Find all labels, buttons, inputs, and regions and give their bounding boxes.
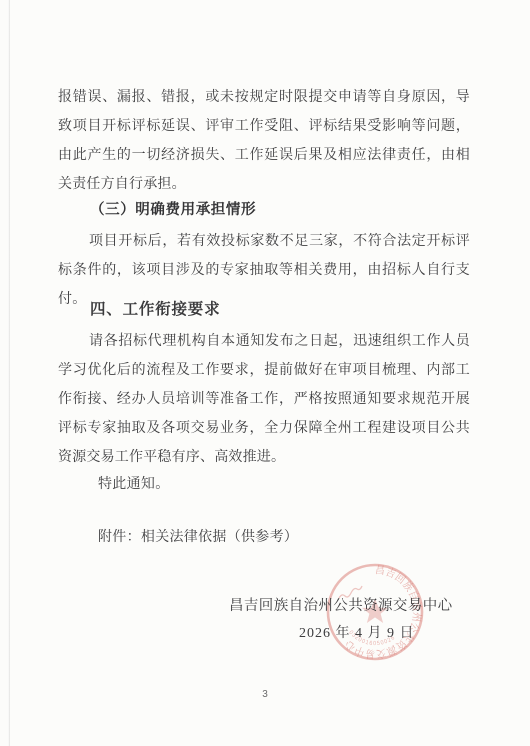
section-4-heading: 四、工作衔接要求 — [58, 295, 502, 324]
body-text-line: 致项目开标评标延误、评审工作受阻、评标结果受影响等问题， — [58, 112, 470, 141]
paragraph-continuation: 报错误、漏报、错报，或未按规定时限提交申请等自身原因，导 致项目开标评标延误、评… — [58, 83, 470, 199]
section-4-paragraph: 请各招标代理机构自本通知发布之日起，迅速组织工作人员 学习优化后的流程及工作要求… — [58, 327, 470, 472]
scan-edge-line — [8, 0, 10, 746]
body-text-line: 关责任方自行承担。 — [58, 170, 470, 199]
body-text-line: 资源交易工作平稳有序、高效推进。 — [58, 443, 470, 472]
body-text-line: 评标专家抽取及各项交易业务，全力保障全州工程建设项目公共 — [58, 414, 470, 443]
body-text-line: 作衔接、经办人员培训等准备工作，严格按照通知要求规范开展 — [58, 385, 470, 414]
scanned-document-page: 昌吉回族自治州公共资源交易中心 0320016050026 报错误、漏报、错报，… — [0, 0, 530, 746]
body-text-line: 请各招标代理机构自本通知发布之日起，迅速组织工作人员 — [58, 327, 470, 356]
signature-organization: 昌吉回族自治州公共资源交易中心 — [229, 592, 453, 621]
body-text-line: 报错误、漏报、错报，或未按规定时限提交申请等自身原因，导 — [58, 83, 470, 112]
closing-statement: 特此通知。 — [58, 470, 510, 499]
body-text-line: 标条件的，该项目涉及的专家抽取等相关费用，由招标人自行支 — [58, 256, 470, 285]
signature-date: 2026 年 4 月 9 日 — [299, 619, 415, 648]
page-number: 3 — [0, 689, 530, 700]
section-3-heading: （三）明确费用承担情形 — [58, 196, 502, 225]
body-text-line: 由此产生的一切经济损失、工作延误后果及相应法律责任，由相 — [58, 141, 470, 170]
attachment-note: 附件：相关法律依据（供参考） — [58, 523, 510, 552]
body-text-line: 项目开标后，若有效投标家数不足三家，不符合法定开标评 — [58, 227, 470, 256]
body-text-line: 学习优化后的流程及工作要求，提前做好在审项目梳理、内部工 — [58, 356, 470, 385]
